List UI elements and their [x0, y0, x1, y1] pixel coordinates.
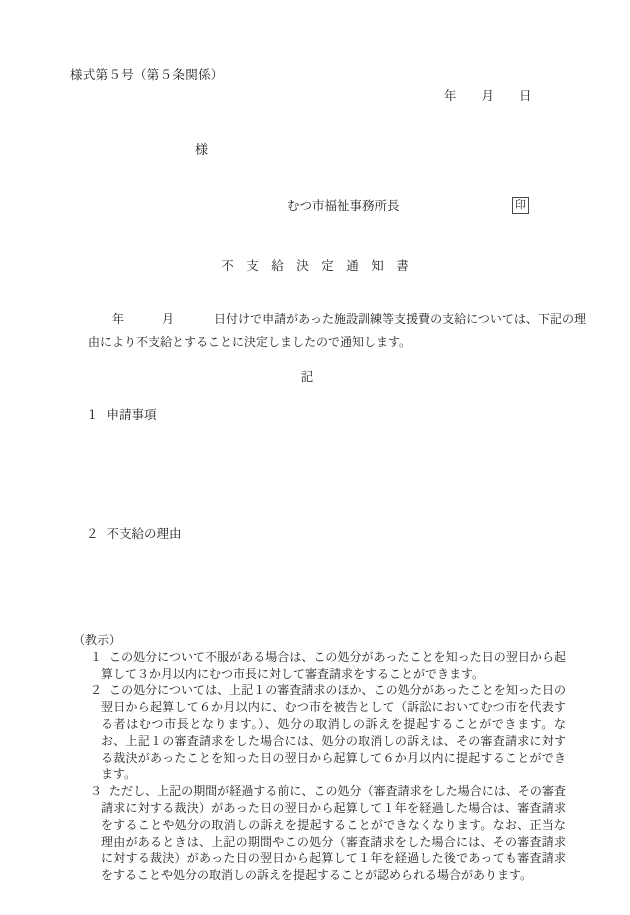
- addressee-honorific: 様: [195, 139, 208, 158]
- section-application-items: １申請事項: [86, 405, 157, 423]
- notice-item-text: この処分については、上記１の審査請求のほか、この処分があったことを知った日の翌日…: [101, 683, 566, 781]
- notice-item-number: ２: [90, 683, 102, 697]
- notice-item: １この処分について不服がある場合は、この処分があったことを知った日の翌日から起算…: [90, 649, 566, 683]
- section-number: ２: [86, 527, 99, 541]
- notice-item-text: ただし、上記の期間が経過する前に、この処分（審査請求をした場合には、その審査請求…: [101, 784, 566, 882]
- notice-heading: （教示）: [73, 632, 566, 649]
- notice-item-number: １: [90, 650, 102, 664]
- section-label: 不支給の理由: [107, 527, 182, 541]
- section-nonpayment-reason: ２不支給の理由: [86, 524, 182, 542]
- seal-box: 印: [512, 197, 529, 214]
- notice-item-text: この処分について不服がある場合は、この処分があったことを知った日の翌日から起算し…: [101, 650, 566, 681]
- form-number: 様式第５号（第５条関係）: [70, 65, 224, 83]
- notice-section: （教示） １この処分について不服がある場合は、この処分があったことを知った日の翌…: [73, 632, 566, 884]
- section-number: １: [86, 408, 99, 422]
- record-marker: 記: [0, 367, 614, 385]
- section-label: 申請事項: [107, 408, 157, 422]
- body-paragraph: 年月日付けで申請があった施設訓練等支援費の支給については、下記の理由により不支給…: [88, 308, 586, 354]
- year-blank-label: 年: [112, 312, 124, 326]
- notice-item: ３ただし、上記の期間が経過する前に、この処分（審査請求をした場合には、その審査請…: [90, 783, 566, 884]
- month-blank-label: 月: [162, 312, 174, 326]
- notice-item: ２この処分については、上記１の審査請求のほか、この処分があったことを知った日の翌…: [90, 682, 566, 783]
- seal-label: 印: [515, 200, 526, 211]
- issue-date-line: 年 月 日: [444, 86, 532, 104]
- notice-item-number: ３: [90, 784, 102, 798]
- document-title: 不 支 給 決 定 通 知 書: [0, 256, 630, 274]
- document-page: 様式第５号（第５条関係） 年 月 日 様 むつ市福祉事務所長 印 不 支 給 決…: [0, 0, 630, 915]
- sender-title: むつ市福祉事務所長: [287, 196, 400, 214]
